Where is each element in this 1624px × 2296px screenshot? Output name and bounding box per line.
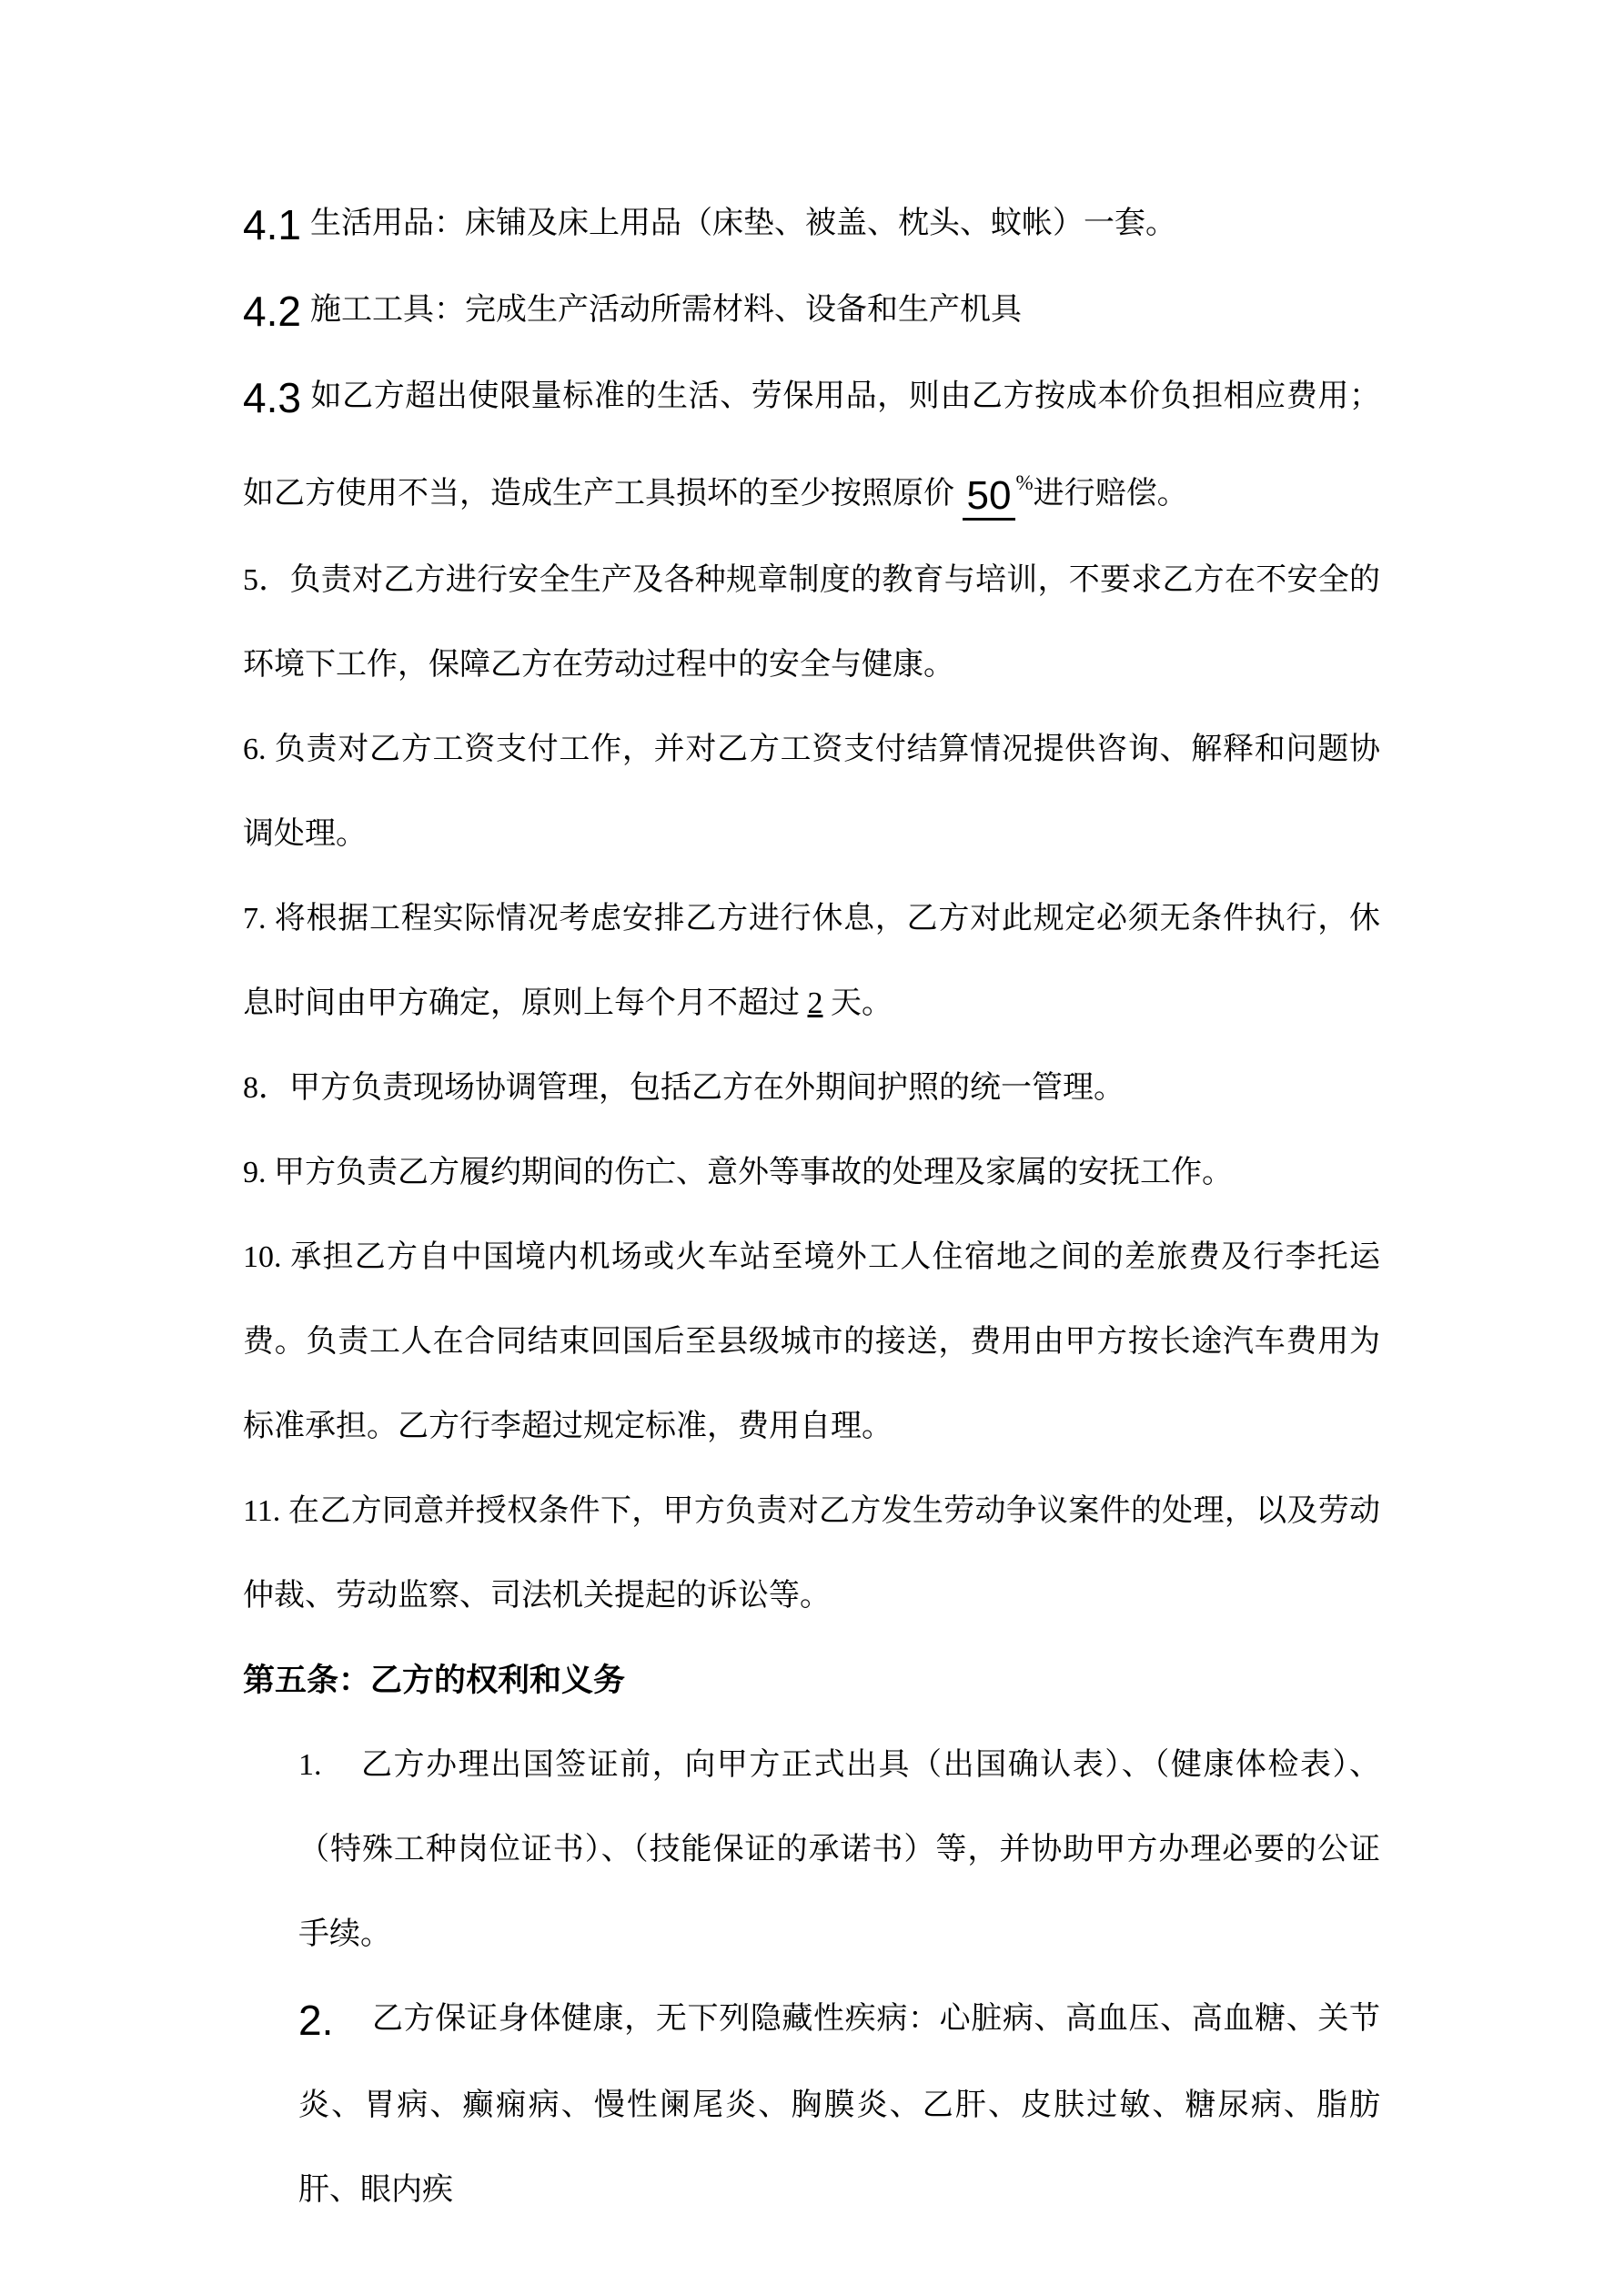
article-5-heading: 第五条：乙方的权利和义务 (243, 1638, 1380, 1723)
clause-number: 4.3 (243, 374, 301, 421)
body-text: 进行赔偿。 (1034, 477, 1188, 511)
percent-sign: % (1015, 471, 1033, 494)
rest-days-value: 2 (808, 986, 823, 1020)
body-text: 9. 甲方负责乙方履约期间的伤亡、意外等事故的处理及家属的安抚工作。 (243, 1156, 1233, 1189)
body-text: 生活用品：床铺及床上用品（床垫、被盖、枕头、蚊帐）一套。 (310, 207, 1176, 240)
document-page: 4.1生活用品：床铺及床上用品（床垫、被盖、枕头、蚊帐）一套。4.2施工工具：完… (0, 0, 1624, 2296)
article-5-item-2: 2.乙方保证身体健康，无下列隐藏性疾病：心脏病、高血压、高血糖、关节炎、胃病、癫… (298, 1977, 1380, 2232)
clause-6: 6. 负责对乙方工资支付工作，并对乙方工资支付结算情况提供咨询、解释和问题协调处… (243, 707, 1380, 876)
body-text: 乙方办理出国签证前，向甲方正式出具（出国确认表）、（健康体检表）、（特殊工种岗位… (298, 1748, 1380, 1951)
clause-7: 7. 将根据工程实际情况考虑安排乙方进行休息，乙方对此规定必须无条件执行，休息时… (243, 876, 1380, 1046)
document-content: 4.1生活用品：床铺及床上用品（床垫、被盖、枕头、蚊帐）一套。4.2施工工具：完… (243, 181, 1380, 2232)
body-text: 乙方保证身体健康，无下列隐藏性疾病：心脏病、高血压、高血糖、关节炎、胃病、癫痫病… (298, 2002, 1380, 2207)
body-text: 天。 (823, 986, 893, 1020)
body-text: 施工工具：完成生产活动所需材料、设备和生产机具 (310, 293, 1022, 327)
compensation-percentage-value: 50 (963, 473, 1016, 521)
clause-9: 9. 甲方负责乙方履约期间的伤亡、意外等事故的处理及家属的安抚工作。 (243, 1130, 1380, 1215)
item-number: 2. (298, 1997, 333, 2044)
body-text: 5．负责对乙方进行安全生产及各种规章制度的教育与培训，不要求乙方在不安全的环境下… (243, 563, 1380, 682)
clause-4-3: 4.3如乙方超出使限量标准的生活、劳保用品，则由乙方按成本价负担相应费用；如乙方… (243, 354, 1380, 538)
body-text: 6. 负责对乙方工资支付工作，并对乙方工资支付结算情况提供咨询、解释和问题协调处… (243, 733, 1380, 851)
clause-number: 4.2 (243, 288, 301, 335)
item-number: 1. (298, 1748, 322, 1782)
clause-number: 4.1 (243, 201, 301, 248)
clause-4-2: 4.2施工工具：完成生产活动所需材料、设备和生产机具 (243, 268, 1380, 354)
clause-5: 5．负责对乙方进行安全生产及各种规章制度的教育与培训，不要求乙方在不安全的环境下… (243, 538, 1380, 707)
section-heading-text: 第五条：乙方的权利和义务 (243, 1663, 625, 1698)
body-text: 11. 在乙方同意并授权条件下，甲方负责对乙方发生劳动争议案件的处理，以及劳动仲… (243, 1494, 1380, 1613)
body-text: 10. 承担乙方自中国境内机场或火车站至境外工人住宿地之间的差旅费及行李托运费。… (243, 1240, 1380, 1443)
clause-10: 10. 承担乙方自中国境内机场或火车站至境外工人住宿地之间的差旅费及行李托运费。… (243, 1215, 1380, 1469)
clause-4-1: 4.1生活用品：床铺及床上用品（床垫、被盖、枕头、蚊帐）一套。 (243, 181, 1380, 268)
article-5-item-1: 1.乙方办理出国签证前，向甲方正式出具（出国确认表）、（健康体检表）、（特殊工种… (298, 1723, 1380, 1977)
clause-11: 11. 在乙方同意并授权条件下，甲方负责对乙方发生劳动争议案件的处理，以及劳动仲… (243, 1469, 1380, 1638)
body-text: 8．甲方负责现场协调管理，包括乙方在外期间护照的统一管理。 (243, 1071, 1125, 1105)
body-text: 如乙方超出使限量标准的生活、劳保用品，则由乙方按成本价负担相应费用；如乙方使用不… (243, 379, 1380, 511)
clause-8: 8．甲方负责现场协调管理，包括乙方在外期间护照的统一管理。 (243, 1046, 1380, 1130)
